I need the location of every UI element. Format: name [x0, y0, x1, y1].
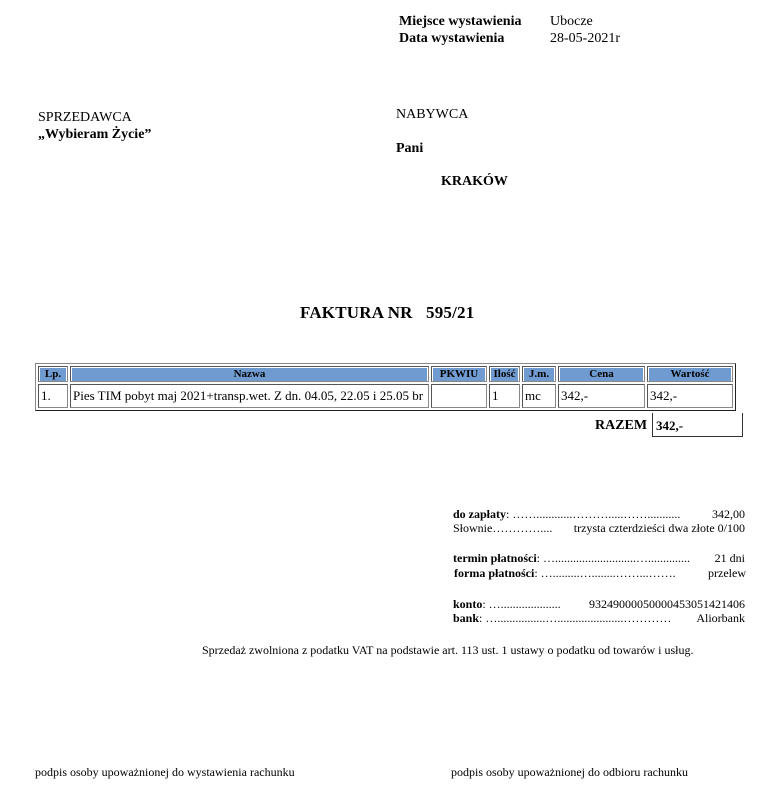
account-row: konto: …....................932490000500…	[453, 597, 745, 612]
buyer-label: NABYWCA	[396, 107, 468, 123]
dot-leader: : ……............……….....……...........	[506, 507, 712, 522]
total-value: 342,-	[652, 413, 743, 437]
cell-pkwiu	[431, 384, 487, 408]
bank-row: bank: …................…................…	[453, 611, 745, 626]
issue-place-row: Miejsce wystawienia Ubocze	[399, 13, 620, 30]
bank-value: Aliorbank	[696, 611, 745, 626]
header-cena: Cena	[558, 366, 645, 382]
seller-name: „Wybieram Życie”	[38, 126, 151, 143]
issuer-signature-label: podpis osoby upoważnionej do wystawienia…	[35, 765, 295, 780]
payment-term-value: 21 dni	[715, 551, 745, 566]
table-row: 1. Pies TIM pobyt maj 2021+transp.wet. Z…	[38, 384, 733, 408]
receiver-signature-label: podpis osoby upoważnionej do odbioru rac…	[451, 765, 688, 780]
invoice-items-table: Lp. Nazwa PKWIU Ilość J.m. Cena Wartość …	[35, 363, 736, 411]
amount-due-label: do zapłaty	[453, 507, 506, 522]
cell-ilosc: 1	[489, 384, 520, 408]
issue-date-label: Data wystawienia	[399, 30, 550, 47]
cell-nazwa: Pies TIM pobyt maj 2021+transp.wet. Z dn…	[70, 384, 429, 408]
dot-leader: : …...........................….........…	[537, 551, 715, 566]
account-label: konto	[453, 597, 482, 612]
header-lp: Lp.	[38, 366, 68, 382]
issue-place-label: Miejsce wystawienia	[399, 13, 550, 30]
account-value: 93249000050000453051421406	[589, 597, 745, 612]
invoice-title: FAKTURA NR 595/21	[300, 303, 474, 323]
header-wartosc: Wartość	[647, 366, 733, 382]
seller-label: SPRZEDAWCA	[38, 109, 151, 126]
cell-jm: mc	[522, 384, 556, 408]
cell-lp: 1.	[38, 384, 68, 408]
payment-method-label: forma płatności	[454, 566, 534, 581]
dot-leader: : ….........…........……...…….	[534, 566, 708, 581]
buyer-city: KRAKÓW	[441, 174, 508, 190]
seller-block: SPRZEDAWCA „Wybieram Życie”	[38, 109, 151, 143]
cell-cena: 342,-	[558, 384, 645, 408]
vat-exemption-note: Sprzedaż zwolniona z podatku VAT na pods…	[202, 643, 693, 658]
amount-due-value: 342,00	[712, 507, 745, 522]
header-pkwiu: PKWIU	[431, 366, 487, 382]
header-jm: J.m.	[522, 366, 556, 382]
dot-leader: : …................…....................…	[479, 611, 696, 626]
dot-leader: : …....................	[482, 597, 589, 612]
cell-wartosc: 342,-	[647, 384, 733, 408]
issue-meta: Miejsce wystawienia Ubocze Data wystawie…	[399, 13, 620, 47]
payment-method-value: przelew	[708, 566, 746, 581]
amount-due-row: do zapłaty: ……............……….....……....…	[453, 507, 745, 522]
header-ilosc: Ilość	[489, 366, 520, 382]
amount-words-value: trzysta czterdzieści dwa złote 0/100	[574, 521, 745, 536]
header-nazwa: Nazwa	[70, 366, 429, 382]
issue-place-value: Ubocze	[550, 13, 593, 30]
payment-method-row: forma płatności: ….........…........……..…	[454, 566, 746, 581]
table-header-row: Lp. Nazwa PKWIU Ilość J.m. Cena Wartość	[38, 366, 733, 382]
issue-date-row: Data wystawienia 28-05-2021r	[399, 30, 620, 47]
payment-term-row: termin płatności: ….....................…	[453, 551, 745, 566]
total-label: RAZEM	[595, 418, 647, 434]
dot-leader: …………....	[492, 521, 573, 536]
amount-words-row: Słownie…………....trzysta czterdzieści dwa …	[453, 521, 745, 536]
amount-words-label: Słownie	[453, 521, 492, 536]
issue-date-value: 28-05-2021r	[550, 30, 620, 47]
payment-term-label: termin płatności	[453, 551, 537, 566]
bank-label: bank	[453, 611, 479, 626]
buyer-name: Pani	[396, 141, 423, 157]
